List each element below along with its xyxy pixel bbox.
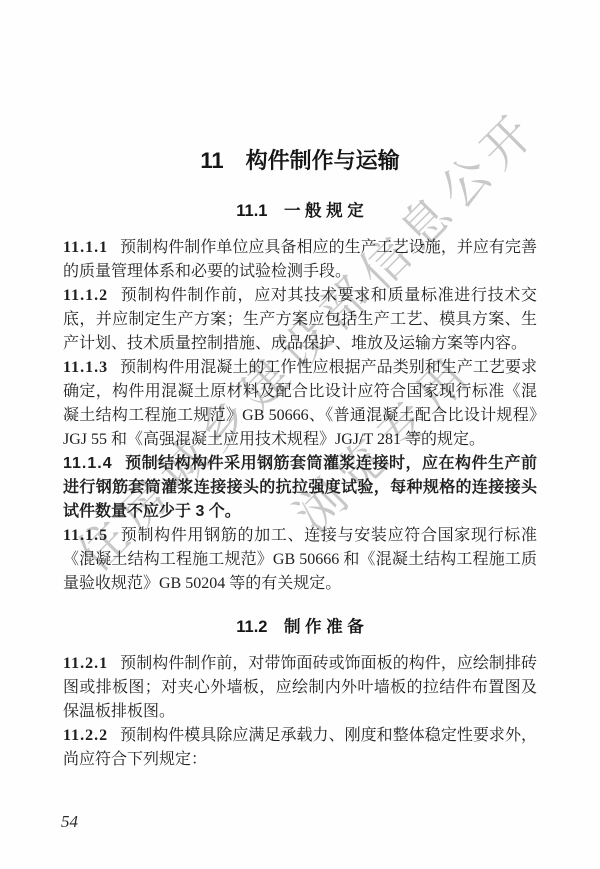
clause-number: 11.1.1 — [63, 239, 108, 256]
clause-number: 11.1.3 — [63, 359, 108, 376]
clause-text: 预制构件制作单位应具备相应的生产工艺设施，并应有完善的质量管理体系和必要的试验检… — [63, 239, 537, 280]
clause-number: 11.1.2 — [63, 287, 108, 304]
page-content: 11 构件制作与运输 11.1 一 般 规 定 11.1.1预制构件制作单位应具… — [0, 0, 600, 772]
clause-text: 预制构件用钢筋的加工、连接与安装应符合国家现行标准《混凝土结构工程施工规范》GB… — [63, 527, 537, 592]
clause-number: 11.1.4 — [63, 455, 113, 472]
clause-11-1-3: 11.1.3预制构件用混凝土的工作性应根据产品类别和生产工艺要求确定，构件用混凝… — [63, 356, 537, 452]
document-page: 住房城乡建设部信息公开 浏览专用 11 构件制作与运输 11.1 一 般 规 定… — [0, 0, 600, 869]
clause-number: 11.1.5 — [63, 527, 108, 544]
clause-text: 预制构件制作前，对带饰面砖或饰面板的构件，应绘制排砖图或排板图；对夹心外墙板，应… — [63, 655, 537, 720]
clause-text: 预制构件制作前，应对其技术要求和质量标准进行技术交底，并应制定生产方案；生产方案… — [63, 287, 537, 352]
page-number: 54 — [61, 812, 78, 832]
section-heading-11-1: 11.1 一 般 规 定 — [63, 201, 537, 221]
clause-11-2-2: 11.2.2预制构件模具除应满足承载力、刚度和整体稳定性要求外，尚应符合下列规定… — [63, 724, 537, 772]
clause-text: 预制构件用混凝土的工作性应根据产品类别和生产工艺要求确定，构件用混凝土原材料及配… — [63, 359, 537, 448]
clause-11-1-5: 11.1.5预制构件用钢筋的加工、连接与安装应符合国家现行标准《混凝土结构工程施… — [63, 524, 537, 596]
chapter-title: 11 构件制作与运输 — [63, 146, 537, 176]
section-heading-11-2: 11.2 制 作 准 备 — [63, 617, 537, 637]
clause-11-1-4-mandatory: 11.1.4预制结构构件采用钢筋套筒灌浆连接时，应在构件生产前进行钢筋套筒灌浆连… — [63, 452, 537, 524]
clause-text: 预制结构构件采用钢筋套筒灌浆连接时，应在构件生产前进行钢筋套筒灌浆连接接头的抗拉… — [63, 455, 537, 520]
clause-number: 11.2.1 — [63, 655, 108, 672]
clause-text: 预制构件模具除应满足承载力、刚度和整体稳定性要求外，尚应符合下列规定： — [63, 727, 537, 768]
clause-11-2-1: 11.2.1预制构件制作前，对带饰面砖或饰面板的构件，应绘制排砖图或排板图；对夹… — [63, 652, 537, 724]
clause-11-1-2: 11.1.2预制构件制作前，应对其技术要求和质量标准进行技术交底，并应制定生产方… — [63, 284, 537, 356]
clause-number: 11.2.2 — [63, 727, 108, 744]
clause-11-1-1: 11.1.1预制构件制作单位应具备相应的生产工艺设施，并应有完善的质量管理体系和… — [63, 236, 537, 284]
